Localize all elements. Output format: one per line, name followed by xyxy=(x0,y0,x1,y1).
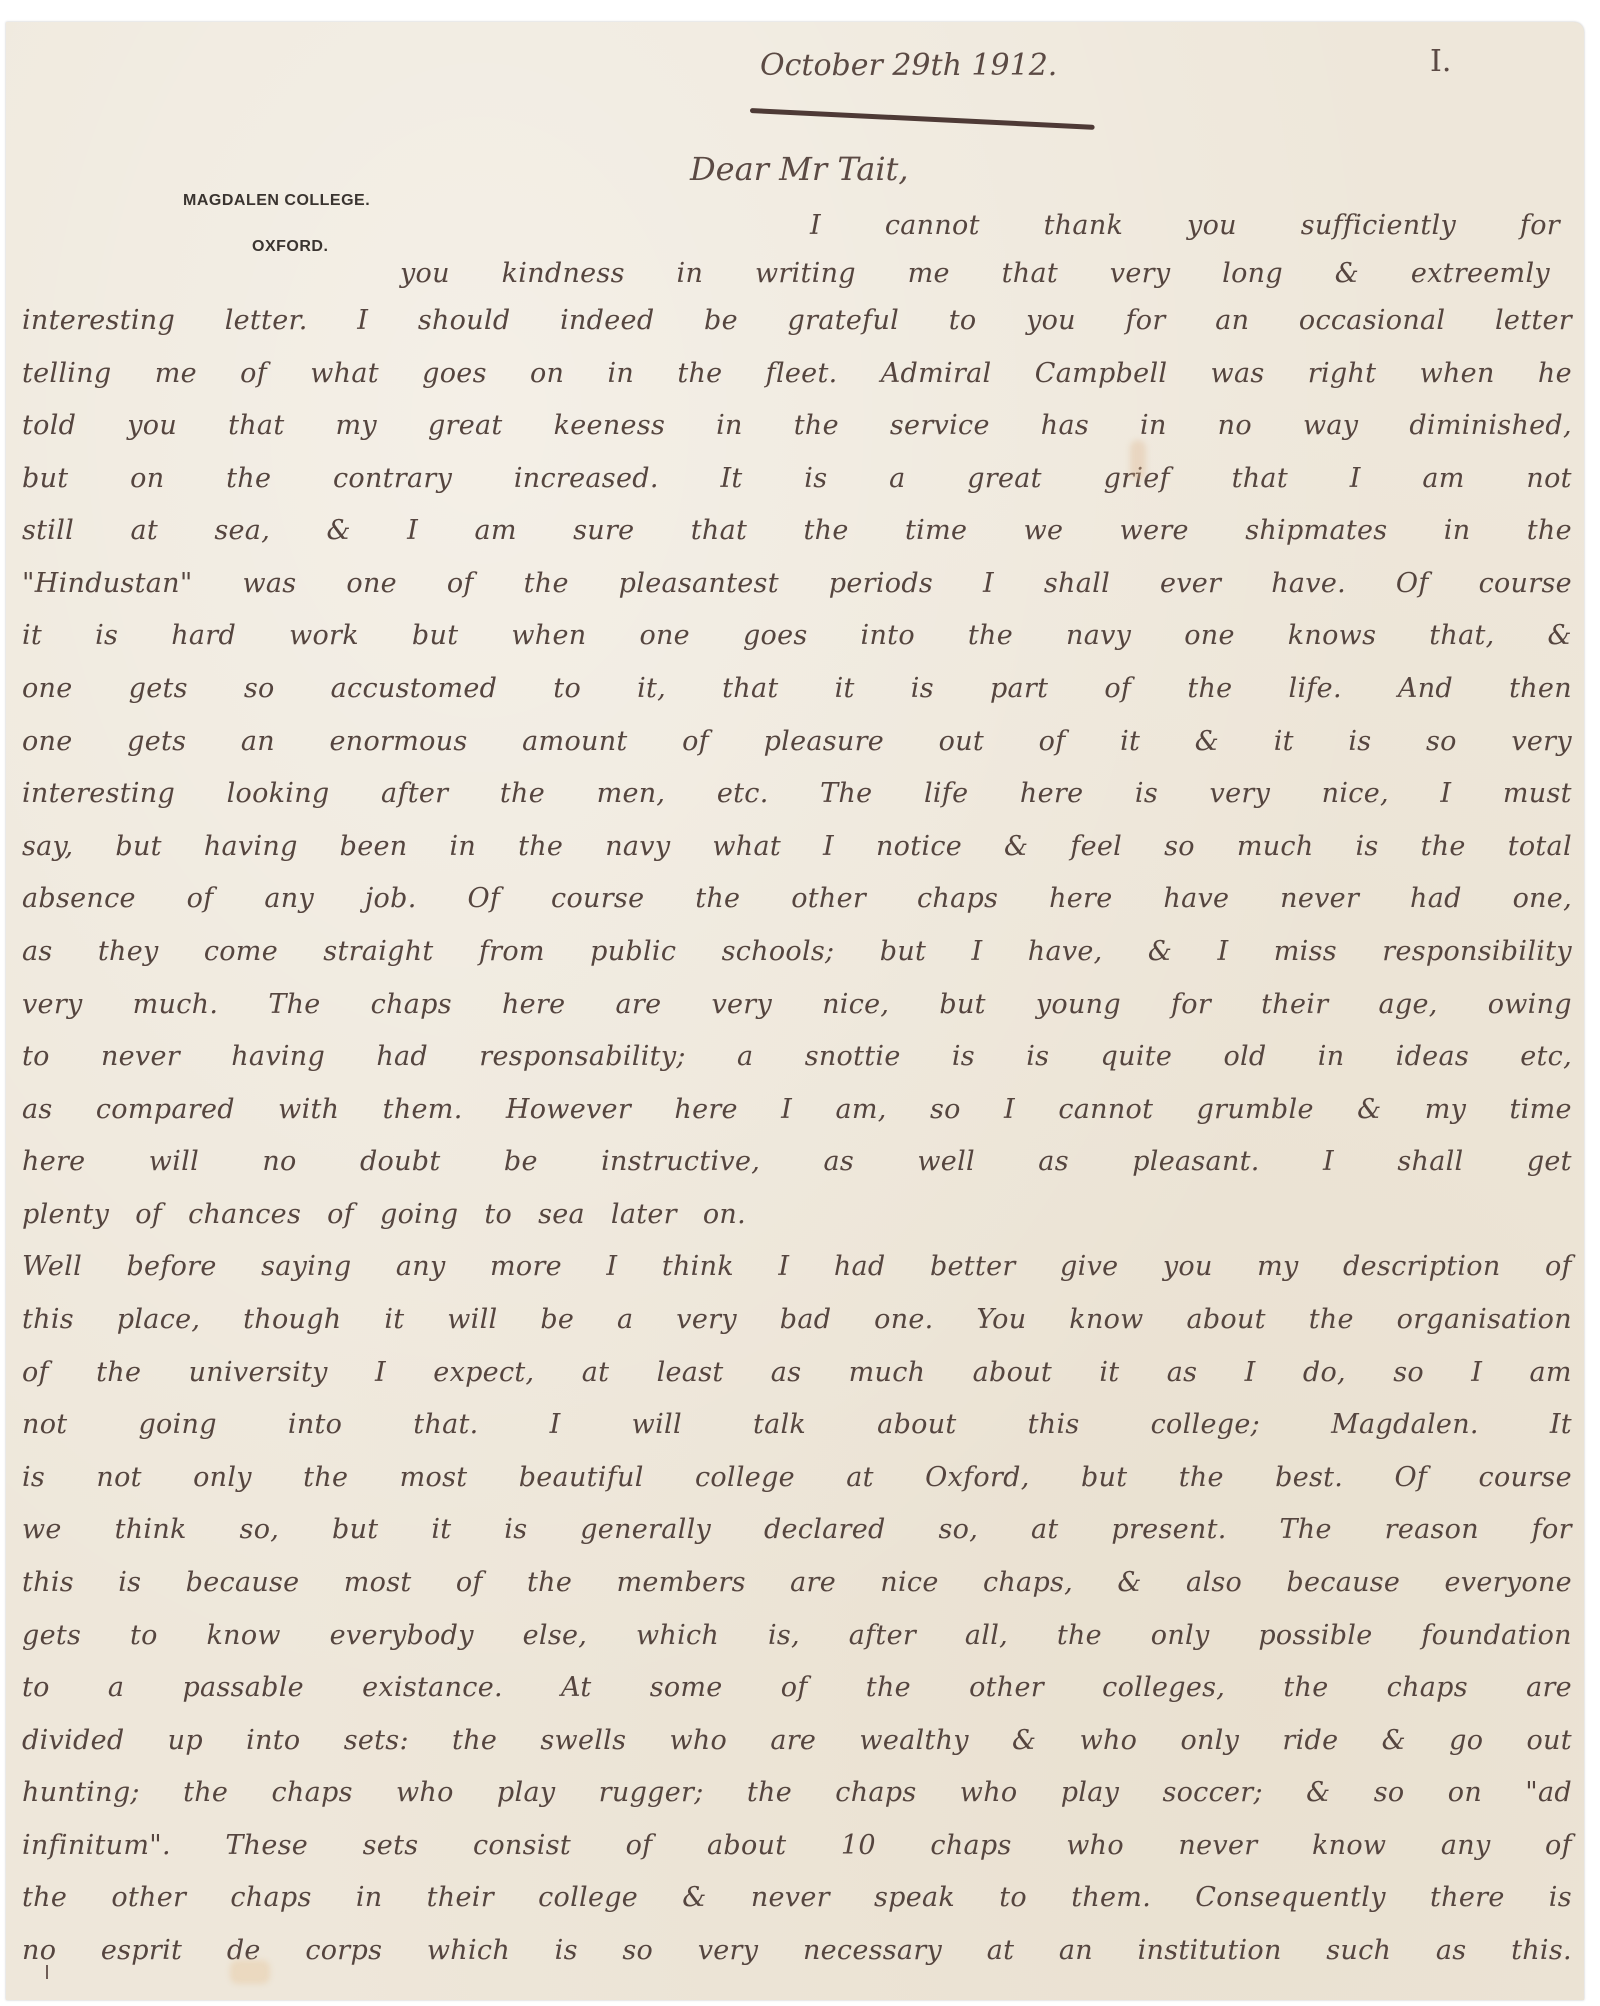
letter-word: the xyxy=(866,1672,911,1703)
letter-word: an xyxy=(1215,305,1249,336)
letter-word: responsibility xyxy=(1382,936,1572,967)
letter-word: interesting xyxy=(22,305,175,336)
letter-word: of xyxy=(1039,726,1066,757)
letter-word: wealthy xyxy=(859,1725,968,1756)
letter-line: verymuch.Thechapshereareverynice,butyoun… xyxy=(22,989,1572,1020)
letter-word: of xyxy=(781,1672,808,1703)
letter-word: into xyxy=(246,1725,300,1756)
letter-word: the xyxy=(1179,1462,1224,1493)
letter-word: present. xyxy=(1111,1514,1226,1545)
letter-word: so xyxy=(244,673,275,704)
letter-word: letter xyxy=(1495,305,1572,336)
letter-word: to xyxy=(949,305,977,336)
letter-word: I xyxy=(810,210,821,241)
letter-word: men, xyxy=(597,778,666,809)
letter-word: of xyxy=(22,1357,49,1388)
letter-word: ride xyxy=(1282,1725,1338,1756)
letter-word: The xyxy=(1279,1514,1331,1545)
letter-word: you xyxy=(127,410,177,441)
letter-word: shall xyxy=(1044,568,1110,599)
letter-word: chaps xyxy=(1387,1672,1468,1703)
letter-word: some xyxy=(650,1672,723,1703)
letter-word: infinitum". xyxy=(22,1830,171,1861)
letter-word: what xyxy=(712,831,781,862)
letter-word: responsability; xyxy=(479,1041,686,1072)
letter-word: has xyxy=(1041,410,1089,441)
letter-word: an xyxy=(241,726,275,757)
letter-word: fleet. xyxy=(766,358,838,389)
letter-word: an xyxy=(1059,1935,1093,1966)
letter-word: never xyxy=(101,1041,180,1072)
letter-word: very xyxy=(1511,726,1572,757)
letter-word: miss xyxy=(1274,936,1337,967)
letter-word: is xyxy=(952,1041,975,1072)
letter-word: who xyxy=(1080,1725,1138,1756)
letter-word: organisation xyxy=(1397,1304,1572,1335)
letter-word: it xyxy=(1120,726,1140,757)
letter-word: Of xyxy=(1396,568,1429,599)
letter-word: it xyxy=(22,620,42,651)
letter-word: going xyxy=(380,1199,458,1230)
letter-word: been xyxy=(340,831,408,862)
letter-word: description xyxy=(1343,1251,1501,1282)
letter-word: I xyxy=(1323,1146,1334,1177)
letter-word: etc. xyxy=(717,778,769,809)
letter-word: expect, xyxy=(433,1357,534,1388)
letter-word: of xyxy=(1104,673,1131,704)
letter-word: what xyxy=(310,358,379,389)
letter-line: "Hindustan"wasoneofthepleasantestperiods… xyxy=(22,568,1572,599)
letter-word: contrary xyxy=(333,463,452,494)
letter-word: this xyxy=(22,1567,74,1598)
letter-word: increased. xyxy=(514,463,659,494)
letter-line: ascomparedwiththem.HoweverhereIam,soIcan… xyxy=(22,1094,1572,1125)
letter-word: the xyxy=(1309,1304,1354,1335)
letter-word: to xyxy=(22,1041,50,1072)
letter-word: this xyxy=(1028,1409,1080,1440)
letter-word: great xyxy=(967,463,1042,494)
letter-word: pleasure xyxy=(764,726,885,757)
letter-word: one. xyxy=(874,1304,933,1335)
letter-word: in xyxy=(1318,1041,1345,1072)
letter-word: for xyxy=(1520,210,1560,241)
letter-word: also xyxy=(1186,1567,1242,1598)
letter-word: in xyxy=(1140,410,1167,441)
letter-word: but xyxy=(939,989,985,1020)
letter-word: I xyxy=(823,831,834,862)
letter-word: I xyxy=(1440,778,1451,809)
letter-line: tellingmeofwhatgoesoninthefleet.AdmiralC… xyxy=(22,358,1572,389)
letter-line: theotherchapsintheircollege&neverspeakto… xyxy=(22,1882,1572,1913)
letter-word: shall xyxy=(1397,1146,1463,1177)
letter-word: & xyxy=(1012,1725,1036,1756)
letter-word: navy xyxy=(605,831,670,862)
letter-word: & xyxy=(326,515,350,546)
letter-word: ideas xyxy=(1396,1041,1469,1072)
letter-word: At xyxy=(561,1672,591,1703)
letter-word: snottie xyxy=(805,1041,901,1072)
letter-word: as xyxy=(1038,1146,1069,1177)
letter-word: other xyxy=(969,1672,1044,1703)
letter-word: to xyxy=(22,1672,50,1703)
letter-word: the xyxy=(1421,831,1466,862)
letter-word: never xyxy=(751,1882,830,1913)
letter-word: gets xyxy=(22,1620,81,1651)
letter-word: should xyxy=(418,305,511,336)
letter-line: itishardworkbutwhenonegoesintothenavyone… xyxy=(22,620,1572,651)
letter-word: that xyxy=(1002,258,1058,289)
letter-word: much xyxy=(849,1357,926,1388)
letter-word: but xyxy=(412,620,458,651)
letter-word: not xyxy=(22,1409,67,1440)
letter-word: the xyxy=(1527,515,1572,546)
letter-line: stillatsea,&Iamsurethatthetimewewereship… xyxy=(22,515,1572,546)
salutation: Dear Mr Tait, xyxy=(690,150,909,188)
letter-word: is, xyxy=(768,1620,800,1651)
letter-word: kindness xyxy=(502,258,625,289)
letter-word: members xyxy=(616,1567,745,1598)
letter-word: is xyxy=(504,1514,527,1545)
letter-word: of xyxy=(187,883,214,914)
letter-word: etc, xyxy=(1520,1041,1572,1072)
letter-word: play xyxy=(1061,1777,1119,1808)
letter-word: here xyxy=(502,989,565,1020)
letter-line: wethinkso,butitisgenerallydeclaredso,atp… xyxy=(22,1514,1572,1545)
letter-word: total xyxy=(1508,831,1572,862)
letter-word: it xyxy=(384,1304,404,1335)
letter-word: course xyxy=(1479,1462,1572,1493)
letter-word: existance. xyxy=(362,1672,503,1703)
letter-word: any xyxy=(264,883,314,914)
letter-word: on xyxy=(1448,1777,1482,1808)
letter-word: you xyxy=(1187,210,1237,241)
letter-word: It xyxy=(720,463,742,494)
letter-word: very xyxy=(22,989,83,1020)
letter-word: possible xyxy=(1258,1620,1372,1651)
letter-line: oftheuniversityIexpect,atleastasmuchabou… xyxy=(22,1357,1572,1388)
letter-word: that, xyxy=(1429,620,1494,651)
letter-word: most xyxy=(400,1462,468,1493)
letter-word: but xyxy=(115,831,161,862)
letter-word: of xyxy=(240,358,267,389)
letter-word: very xyxy=(1110,258,1171,289)
letter-line: isnotonlythemostbeautifulcollegeatOxford… xyxy=(22,1462,1572,1493)
letter-word: one xyxy=(22,726,73,757)
letter-word: & xyxy=(1382,1725,1406,1756)
letter-word: I xyxy=(778,1251,789,1282)
letter-word: is xyxy=(804,463,827,494)
letter-word: is xyxy=(95,620,118,651)
letter-line: toneverhavinghadresponsability;asnottiei… xyxy=(22,1041,1572,1072)
letter-word: not xyxy=(96,1462,141,1493)
letter-line: say,buthavingbeeninthenavywhatInotice&fe… xyxy=(22,831,1572,862)
letter-word: there xyxy=(1430,1882,1505,1913)
letter-word: accustomed xyxy=(331,673,498,704)
letter-word: the xyxy=(22,1882,67,1913)
letter-word: at xyxy=(1031,1514,1059,1545)
letter-word: chaps xyxy=(230,1882,311,1913)
letter-word: chances xyxy=(188,1199,301,1230)
letter-word: of xyxy=(1545,1830,1572,1861)
letter-line: infinitum".Thesesetsconsistofabout10chap… xyxy=(22,1830,1572,1861)
letter-word: grumble xyxy=(1197,1094,1314,1125)
letter-word: the xyxy=(518,831,563,862)
letter-word: very xyxy=(711,989,772,1020)
letter-word: soccer; xyxy=(1162,1777,1262,1808)
letter-word: grateful xyxy=(788,305,900,336)
letter-word: the xyxy=(303,1462,348,1493)
letter-word: absence xyxy=(22,883,136,914)
letter-word: they xyxy=(98,936,159,967)
letter-word: before xyxy=(126,1251,216,1282)
letter-word: my xyxy=(335,410,376,441)
letter-word: them. xyxy=(1071,1882,1151,1913)
letter-word: never xyxy=(1280,883,1359,914)
letter-word: a xyxy=(108,1672,124,1703)
letter-word: after xyxy=(849,1620,916,1651)
letter-line: WellbeforesayinganymoreIthinkIhadbetterg… xyxy=(22,1251,1572,1282)
letter-word: much. xyxy=(133,989,219,1020)
letter-word: told xyxy=(22,410,76,441)
letter-word: nice, xyxy=(1322,778,1389,809)
letterhead-college: MAGDALEN COLLEGE. xyxy=(183,192,370,210)
letter-word: it xyxy=(835,673,855,704)
letter-word: up xyxy=(168,1725,203,1756)
letter-word: be xyxy=(540,1304,574,1335)
letter-word: well xyxy=(917,1146,975,1177)
letter-word: pleasantest xyxy=(619,568,779,599)
letter-word: say, xyxy=(22,831,73,862)
letter-word: which xyxy=(636,1620,719,1651)
letter-word: course xyxy=(551,883,644,914)
letter-word: are xyxy=(770,1725,816,1756)
letter-word: is xyxy=(118,1567,141,1598)
letter-word: that xyxy=(1232,463,1288,494)
letter-word: then xyxy=(1509,673,1572,704)
letter-word: telling xyxy=(22,358,112,389)
letter-line: Icannotthankyousufficientlyfor xyxy=(810,210,1560,241)
letter-line: toapassableexistance.Atsomeoftheothercol… xyxy=(22,1672,1572,1703)
letter-word: of xyxy=(135,1199,162,1230)
letter-word: feel xyxy=(1070,831,1122,862)
letter-word: shipmates xyxy=(1245,515,1387,546)
letter-word: generally xyxy=(580,1514,711,1545)
letter-word: at xyxy=(582,1357,610,1388)
letter-word: go xyxy=(1449,1725,1483,1756)
letter-line: plentyofchancesofgoingtosealateron. xyxy=(22,1199,1572,1230)
letter-word: indeed xyxy=(560,305,654,336)
letter-word: at xyxy=(130,515,158,546)
letter-word: the xyxy=(677,358,722,389)
letter-word: for xyxy=(1171,989,1211,1020)
letter-word: you xyxy=(1026,305,1076,336)
letter-word: the xyxy=(747,1777,792,1808)
letter-word: into xyxy=(861,620,915,651)
letter-word: university xyxy=(189,1357,328,1388)
letter-line: onegetsanenormousamountofpleasureoutofit… xyxy=(22,726,1572,757)
letter-word: in xyxy=(716,410,743,441)
letter-word: but xyxy=(22,463,68,494)
letter-word: to xyxy=(999,1882,1027,1913)
letter-word: most xyxy=(344,1567,412,1598)
letter-word: a xyxy=(737,1041,753,1072)
letter-word: pleasant. xyxy=(1132,1146,1259,1177)
letter-word: the xyxy=(500,778,545,809)
letter-word: it xyxy=(431,1514,451,1545)
letter-word: any xyxy=(1441,1830,1491,1861)
letter-word: only xyxy=(193,1462,252,1493)
letter-word: to xyxy=(484,1199,512,1230)
letter-line: toldyouthatmygreatkeenessintheservicehas… xyxy=(22,410,1572,441)
letter-word: course xyxy=(1479,568,1572,599)
letter-word: the xyxy=(804,515,849,546)
letter-word: everybody xyxy=(330,1620,474,1651)
letter-word: here xyxy=(1049,883,1112,914)
letter-word: However xyxy=(506,1094,631,1125)
page-number: I. xyxy=(1430,44,1451,79)
letter-word: compared xyxy=(96,1094,235,1125)
letter-word: to xyxy=(553,673,581,704)
letter-word: best. xyxy=(1275,1462,1343,1493)
letter-word: must xyxy=(1503,778,1572,809)
letter-word: of xyxy=(626,1830,653,1861)
letter-word: that xyxy=(228,410,284,441)
letter-word: of xyxy=(327,1199,354,1230)
letter-word: & xyxy=(682,1882,706,1913)
letter-word: swells xyxy=(540,1725,626,1756)
letter-word: is xyxy=(555,1935,578,1966)
letter-word: corps xyxy=(305,1935,382,1966)
letter-word: of xyxy=(456,1567,483,1598)
letter-word: a xyxy=(889,463,905,494)
letter-word: in xyxy=(607,358,634,389)
letter-word: The xyxy=(268,989,320,1020)
letter-word: are xyxy=(615,989,661,1020)
letter-word: I xyxy=(1245,1357,1256,1388)
letter-word: no xyxy=(262,1146,296,1177)
letter-word: me xyxy=(908,258,950,289)
letter-word: foundation xyxy=(1421,1620,1572,1651)
letter-word: it xyxy=(1274,726,1294,757)
letter-word: was xyxy=(243,568,297,599)
letter-word: is xyxy=(911,673,934,704)
letter-word: you xyxy=(1163,1251,1213,1282)
letter-word: for xyxy=(1126,305,1166,336)
letter-word: old xyxy=(1223,1041,1266,1072)
letter-word: sure xyxy=(573,515,634,546)
letter-word: I xyxy=(550,1409,561,1440)
letter-word: one xyxy=(346,568,397,599)
letter-word: on xyxy=(530,358,564,389)
letter-word: writing xyxy=(755,258,856,289)
letter-word: here xyxy=(1020,778,1083,809)
letter-word: college xyxy=(695,1462,795,1493)
letter-word: I xyxy=(781,1094,792,1125)
paper-stain xyxy=(230,1960,270,1984)
letter-word: speak xyxy=(874,1882,955,1913)
letter-word: so, xyxy=(240,1514,280,1545)
letter-word: the xyxy=(183,1777,228,1808)
letter-word: all, xyxy=(965,1620,1008,1651)
letter-word: service xyxy=(890,410,990,441)
letter-word: that xyxy=(722,673,778,704)
letter-word: goes xyxy=(743,620,808,651)
letter-word: so xyxy=(930,1094,961,1125)
letter-word: You xyxy=(976,1304,1026,1335)
letter-word: am, xyxy=(835,1094,886,1125)
letter-word: do, xyxy=(1303,1357,1346,1388)
letter-word: on xyxy=(130,463,164,494)
letter-word: Campbell xyxy=(1035,358,1168,389)
letter-word: as xyxy=(1436,1935,1467,1966)
letter-word: I xyxy=(1218,936,1229,967)
letter-word: else, xyxy=(523,1620,588,1651)
letter-word: had xyxy=(376,1041,428,1072)
letter-word: instructive, xyxy=(601,1146,760,1177)
letter-word: as xyxy=(823,1146,854,1177)
letter-word: gets xyxy=(129,673,188,704)
letter-word: & xyxy=(1357,1094,1381,1125)
letter-word: but xyxy=(332,1514,378,1545)
letter-word: divided xyxy=(22,1725,124,1756)
letter-word: am xyxy=(1529,1357,1571,1388)
letter-word: is xyxy=(1026,1041,1049,1072)
letter-word: looking xyxy=(227,778,330,809)
letter-word: hard xyxy=(171,620,236,651)
letter-word: he xyxy=(1538,358,1572,389)
letter-word: with xyxy=(278,1094,339,1125)
letter-line: absenceofanyjob.Ofcoursetheotherchapsher… xyxy=(22,883,1572,914)
letter-word: so xyxy=(1426,726,1457,757)
letter-word: keeness xyxy=(554,410,666,441)
letter-word: sea, xyxy=(214,515,270,546)
letter-word: college; xyxy=(1151,1409,1260,1440)
letter-word: & xyxy=(1335,258,1359,289)
letter-word: nice xyxy=(880,1567,938,1598)
letter-word: long xyxy=(1222,258,1283,289)
letter-word: at xyxy=(987,1935,1015,1966)
letter-word: other xyxy=(111,1882,186,1913)
letter-word: this xyxy=(22,1304,74,1335)
letter-word: thank xyxy=(1044,210,1124,241)
letter-word: "ad xyxy=(1525,1777,1572,1808)
letter-word: will xyxy=(149,1146,199,1177)
letter-word: have, xyxy=(1028,936,1103,967)
letter-word: right xyxy=(1308,358,1377,389)
letter-word: am xyxy=(474,515,516,546)
letter-word: come xyxy=(204,936,278,967)
letter-word: Consequently xyxy=(1195,1882,1386,1913)
letter-word: for xyxy=(1532,1514,1572,1545)
letter-word: this. xyxy=(1511,1935,1572,1966)
letter-word: was xyxy=(1211,358,1265,389)
letter-word: had xyxy=(834,1251,886,1282)
letter-word: have xyxy=(1163,883,1229,914)
letter-word: is xyxy=(1348,726,1371,757)
letter-word: talk xyxy=(753,1409,806,1440)
letter-line: thisisbecausemostofthemembersarenicechap… xyxy=(22,1567,1572,1598)
letter-word: young xyxy=(1036,989,1121,1020)
letter-word: periods xyxy=(829,568,933,599)
letter-word: owing xyxy=(1488,989,1572,1020)
letter-word: them. xyxy=(383,1094,463,1125)
letter-word: part xyxy=(990,673,1048,704)
letter-line: herewillnodoubtbeinstructive,aswellasple… xyxy=(22,1146,1572,1177)
letter-line: astheycomestraightfrompublicschools;butI… xyxy=(22,936,1572,967)
letter-word: "Hindustan" xyxy=(22,568,193,599)
letter-word: were xyxy=(1120,515,1189,546)
letter-word: who xyxy=(396,1777,454,1808)
